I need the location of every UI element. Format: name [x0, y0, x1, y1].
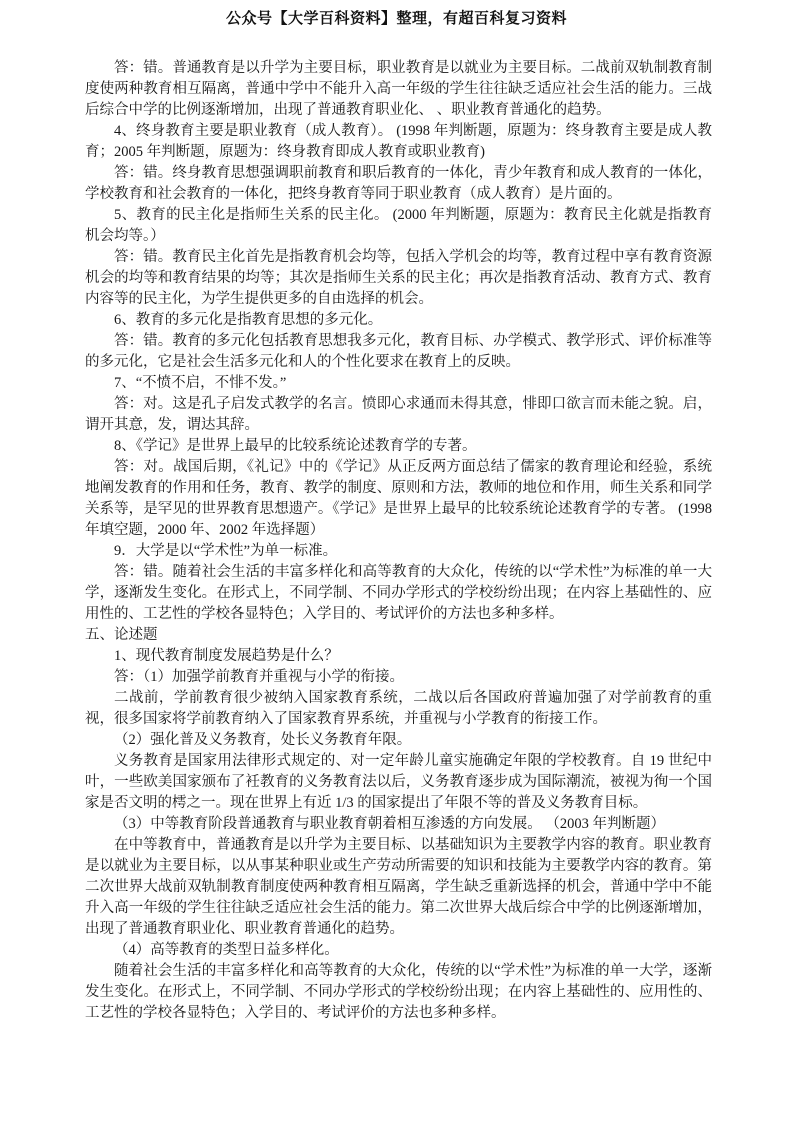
- document-page: 公众号【大学百科资料】整理，有超百科复习资料 答：错。普通教育是以升学为主要目标…: [0, 0, 793, 1122]
- paragraph: 4、终身教育主要是职业教育（成人教育）。 (1998 年判断题，原题为：终身教育…: [85, 121, 712, 163]
- paragraph: 1、现代教育制度发展趋势是什么？: [85, 646, 712, 667]
- paragraph: 答：错。普通教育是以升学为主要目标，职业教育是以就业为主要目标。二战前双轨制教育…: [85, 58, 712, 121]
- paragraph: 在中等教育中，普通教育是以升学为主要目标、以基础知识为主要教学内容的教育。职业教…: [85, 835, 712, 940]
- paragraph: 五、论述题: [85, 625, 712, 646]
- paragraph: 答：错。终身教育思想强调职前教育和职后教育的一体化，青少年教育和成人教育的一体化…: [85, 163, 712, 205]
- paragraph: 5、教育的民主化是指师生关系的民主化。 (2000 年判断题，原题为：教育民主化…: [85, 205, 712, 247]
- paragraph: 答：对。这是孔子启发式教学的名言。愤即心求通而未得其意，悱即口欲言而未能之貌。启…: [85, 394, 712, 436]
- paragraph: 随着社会生活的丰富多样化和高等教育的大众化，传统的以“学术性”为标准的单一大学，…: [85, 961, 712, 1024]
- paragraph: 7、“不愤不启，不悱不发。”: [85, 373, 712, 394]
- paragraph: 8、《学记》是世界上最早的比较系统论述教育学的专著。: [85, 436, 712, 457]
- paragraph: 9．大学是以“学术性”为单一标准。: [85, 541, 712, 562]
- page-header-title: 公众号【大学百科资料】整理，有超百科复习资料: [0, 7, 793, 28]
- paragraph: 答：（1）加强学前教育并重视与小学的衔接。: [85, 667, 712, 688]
- paragraph: 义务教育是国家用法律形式规定的、对一定年龄儿童实施确定年限的学校教育。自 19 …: [85, 751, 712, 814]
- paragraph: 答：错。教育民主化首先是指教育机会均等，包括入学机会的均等，教育过程中享有教育资…: [85, 247, 712, 310]
- paragraph: 答：错。教育的多元化包括教育思想我多元化，教育目标、办学模式、教学形式、评价标准…: [85, 331, 712, 373]
- document-body: 答：错。普通教育是以升学为主要目标，职业教育是以就业为主要目标。二战前双轨制教育…: [85, 58, 712, 1024]
- paragraph: 6、教育的多元化是指教育思想的多元化。: [85, 310, 712, 331]
- paragraph: 答：对。战国后期，《礼记》中的《学记》从正反两方面总结了儒家的教育理论和经验，系…: [85, 457, 712, 541]
- paragraph: （4）高等教育的类型日益多样化。: [85, 940, 712, 961]
- paragraph: 答：错。随着社会生活的丰富多样化和高等教育的大众化，传统的以“学术性”为标准的单…: [85, 562, 712, 625]
- paragraph: 二战前，学前教育很少被纳入国家教育系统，二战以后各国政府普遍加强了对学前教育的重…: [85, 688, 712, 730]
- paragraph: （3）中等教育阶段普通教育与职业教育朝着相互渗透的方向发展。 （2003 年判断…: [85, 814, 712, 835]
- paragraph: （2）强化普及义务教育，处长义务教育年限。: [85, 730, 712, 751]
